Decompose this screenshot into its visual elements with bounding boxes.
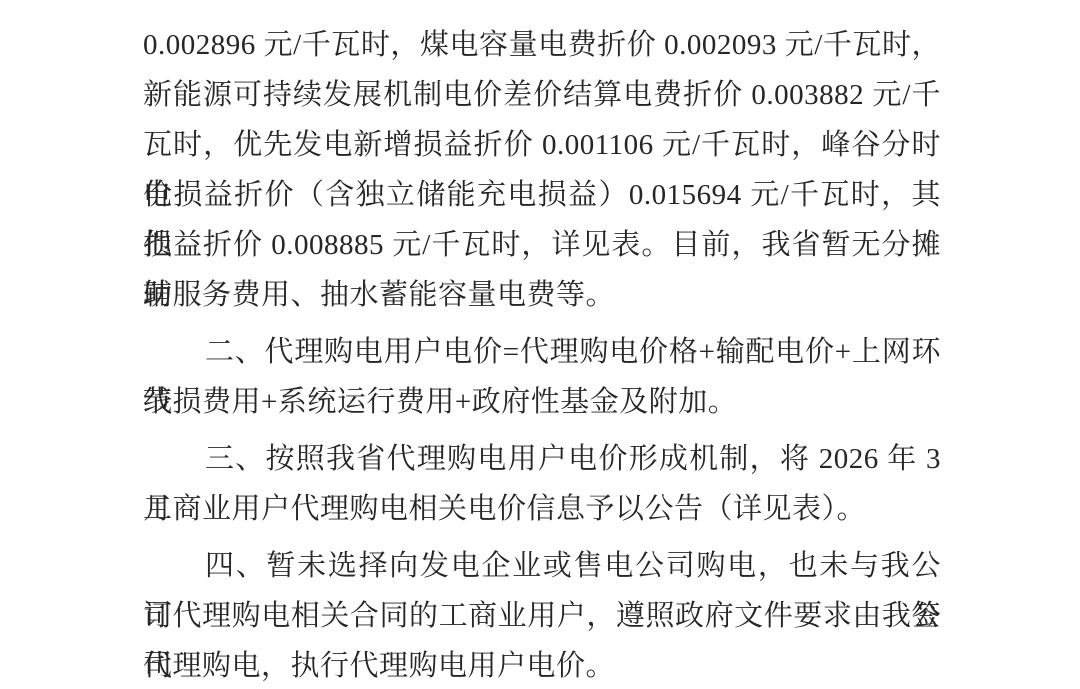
text-line-10: 工商业用户代理购电相关电价信息予以公告（详见表）。 [143,484,941,534]
text-line-1: 0.002896 元/千瓦时，煤电容量电费折价 0.002093 元/千瓦时， [143,20,941,70]
text-line-6: 助服务费用、抽水蓄能容量电费等。 [143,270,941,320]
text-line-7: 二、代理购电用户电价=代理购电价格+输配电价+上网环节 [143,327,941,377]
text-line-3: 瓦时，优先发电新增损益折价 0.001106 元/千瓦时，峰谷分时电 [143,120,941,170]
text-line-11: 四、暂未选择向发电企业或售电公司购电，也未与我公司签 [143,541,941,591]
text-line-5: 损益折价 0.008885 元/千瓦时，详见表。目前，我省暂无分摊辅 [143,220,941,270]
text-line-8: 线损费用+系统运行费用+政府性基金及附加。 [143,377,941,427]
text-line-13: 代理购电，执行代理购电用户电价。 [143,641,941,689]
text-line-12: 订代理购电相关合同的工商业用户，遵照政府文件要求由我公司 [143,591,941,641]
text-line-2: 新能源可持续发展机制电价差价结算电费折价 0.003882 元/千 [143,70,941,120]
text-line-9: 三、按照我省代理购电用户电价形成机制，将 2026 年 3 月 [143,434,941,484]
text-line-4: 价损益折价（含独立储能充电损益）0.015694 元/千瓦时，其他 [143,170,941,220]
document-page: 0.002896 元/千瓦时，煤电容量电费折价 0.002093 元/千瓦时， … [0,0,1080,689]
